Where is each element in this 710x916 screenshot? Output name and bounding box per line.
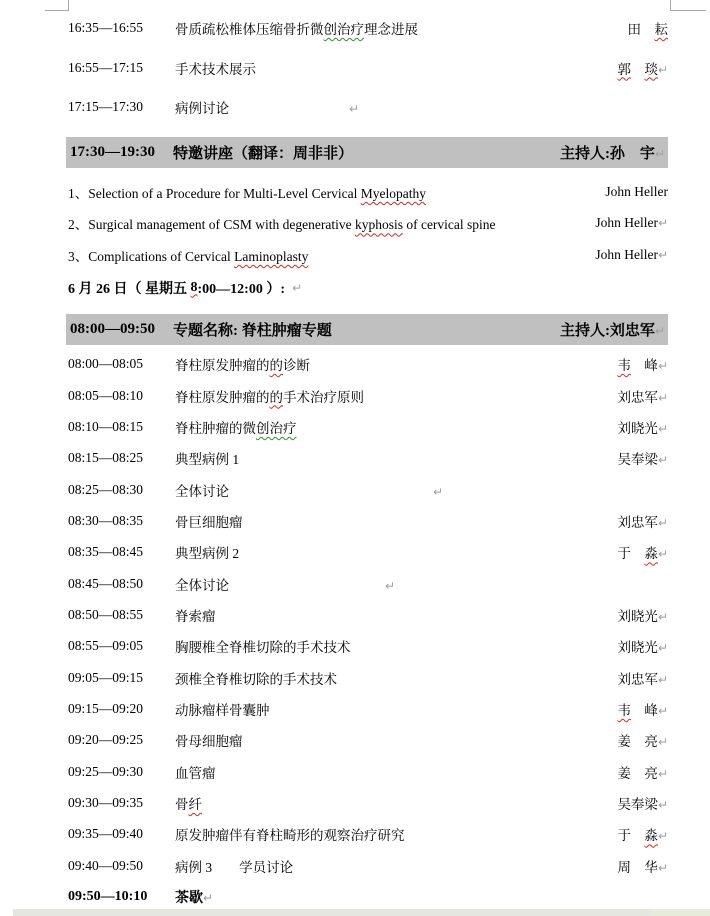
text-segment: 茶歇 [175,891,203,906]
session-title: 胸腰椎全脊椎切除的手术技术 [175,636,617,656]
text-segment: 脊柱原发肿瘤的 [175,390,270,405]
band-time-range: 17:30—19:30 [70,144,155,161]
text-segment: 骨质疏松椎体压缩骨折微 [175,22,324,37]
next-section-band-edge [13,909,710,916]
schedule-section: 08:00—08:05脊柱原发肿瘤的的诊断韦 峰↵08:05—08:10脊柱原发… [68,349,668,913]
session-title: 脊柱原发肿瘤的的诊断 [175,354,617,374]
schedule-section: 1、Selection of a Procedure for Multi-Lev… [68,176,668,271]
text-segment: 3、Complications of Cervical [68,249,234,264]
paragraph-mark-icon: ↵ [292,281,302,295]
text-segment: 琰 [644,62,658,77]
speaker-name: 韦 峰↵ [617,699,668,719]
text-segment: 理念进展 [364,22,418,37]
schedule-row[interactable]: 08:35—08:45典型病例 2于 淼↵ [68,537,668,568]
text-segment: 血管瘤 [175,766,216,781]
text-segment: 2、Surgical management of CSM with degene… [68,217,355,232]
text-segment: 姜 亮 [617,766,658,781]
session-title: 典型病例 2 [175,542,617,562]
paragraph-mark-icon: ↵ [658,453,668,467]
text-segment: 脊索瘤 [175,609,216,624]
next-section-band-edge [650,909,710,916]
paragraph-mark-icon: ↵ [658,248,668,262]
schedule-row[interactable]: 08:50—08:55脊索瘤刘晓光↵ [68,599,668,630]
session-title: 病例讨论 ↵ [175,97,668,117]
session-title: 全体讨论 ↵ [175,480,668,500]
document-content: 16:35—16:55骨质疏松椎体压缩骨折微创治疗理念进展田 耘16:55—17… [68,0,668,913]
text-segment [631,62,645,77]
session-title: 全体讨论 ↵ [175,574,668,594]
text-segment: 纤 [189,797,203,812]
session-title: 典型病例 1 [175,448,617,468]
time-range: 08:30—08:35 [68,513,175,529]
schedule-row[interactable]: 08:45—08:50全体讨论 ↵ [68,568,668,599]
session-title: 骨母细胞瘤 [175,730,617,750]
schedule-row[interactable]: 09:30—09:35骨纤吴奉梁↵ [68,787,668,818]
band-chair-name: 主持人:刘忠军↵ [560,319,665,340]
session-title: 脊柱肿瘤的微创治疗 [175,417,617,437]
session-title: 血管瘤 [175,762,617,782]
time-range: 09:30—09:35 [68,795,175,811]
paragraph-mark-icon: ↵ [658,735,668,749]
text-segment: 韦 [617,703,631,718]
time-range: 08:00—08:05 [68,356,175,372]
text-segment: 脊柱肿瘤的微 [175,421,256,436]
text-segment: kyphosis [355,217,403,232]
session-title: 颈椎全脊椎切除的手术技术 [175,668,617,688]
crop-mark-top-right-icon [670,10,706,11]
paragraph-mark-icon: ↵ [658,422,668,436]
text-segment: 诊断 [283,358,310,373]
crop-mark-top-right-icon [670,0,671,10]
text-segment: 脊柱原发肿瘤的 [175,358,270,373]
speaker-name: 田 耘 [628,18,669,38]
schedule-row[interactable]: 09:40—09:50病例 3 学员讨论周 华↵ [68,850,668,881]
text-segment: 原发肿瘤伴有脊柱畸形的观察治疗研究 [175,828,405,843]
speaker-name: 姜 亮↵ [617,730,668,750]
session-title: 病例 3 学员讨论 [175,856,617,876]
session-title: 骨纤 [175,793,617,813]
time-range: 08:35—08:45 [68,544,175,560]
paragraph-mark-icon: ↵ [658,861,668,875]
paragraph-mark-icon: ↵ [658,673,668,687]
text-segment: 于 [617,828,644,843]
paragraph-mark-icon: ↵ [658,610,668,624]
paragraph-mark-icon: ↵ [658,63,668,77]
paragraph-mark-icon: ↵ [203,891,213,905]
schedule-row[interactable]: 08:10—08:15脊柱肿瘤的微创治疗刘晓光↵ [68,411,668,442]
time-range: 08:05—08:10 [68,388,175,404]
schedule-row[interactable]: 09:15—09:20动脉瘤样骨囊肿韦 峰↵ [68,693,668,724]
paragraph-mark-icon: ↵ [655,324,665,338]
time-range: 09:50—10:10 [68,889,175,905]
text-segment: :00—12:00 ）: [198,278,293,298]
word-page[interactable]: 16:35—16:55骨质疏松椎体压缩骨折微创治疗理念进展田 耘16:55—17… [0,0,710,916]
text-segment: 耘 [655,22,669,37]
session-title: 骨巨细胞瘤 [175,511,617,531]
schedule-row[interactable]: 09:05—09:15颈椎全脊椎切除的手术技术刘忠军↵ [68,662,668,693]
text-segment: of cervical spine [403,217,496,232]
speaker-name: 周 华↵ [617,856,668,876]
band-time-range: 08:00—09:50 [70,321,155,338]
date-heading[interactable]: 6 月 26 日（ 星期五 8:00—12:00 ）: ↵ [68,273,668,303]
session-header-band[interactable]: 08:00—09:50专题名称: 脊柱肿瘤专题主持人:刘忠军↵ [66,314,668,345]
text-segment: 淼 [644,546,658,561]
session-title: 骨质疏松椎体压缩骨折微创治疗理念进展 [175,18,628,38]
speaker-name: 韦 峰↵ [617,354,668,374]
schedule-row[interactable]: 1、Selection of a Procedure for Multi-Lev… [68,176,668,208]
speaker-name: 刘晓光↵ [617,636,668,656]
paragraph-mark-icon: ↵ [229,579,395,593]
schedule-row[interactable]: 08:15—08:25典型病例 1吴奉梁↵ [68,443,668,474]
text-segment: 姜 亮 [617,734,658,749]
text-segment: 的 [270,390,284,405]
paragraph-mark-icon: ↵ [658,359,668,373]
time-range: 08:55—09:05 [68,638,175,654]
speaker-name: 刘忠军↵ [617,386,668,406]
band-session-title: 专题名称: 脊柱肿瘤专题 [173,319,332,340]
speaker-name: 刘忠军↵ [617,668,668,688]
paragraph-mark-icon: ↵ [658,547,668,561]
text-segment: 典型病例 2 [175,546,239,561]
text-segment: 病例 3 学员讨论 [175,860,293,875]
time-range: 16:55—17:15 [68,60,175,76]
paragraph-mark-icon: ↵ [229,102,359,116]
text-segment: John Heller [605,184,668,199]
schedule-row[interactable]: 08:00—08:05脊柱原发肿瘤的的诊断韦 峰↵ [68,349,668,380]
paragraph-mark-icon: ↵ [658,798,668,812]
paragraph-mark-icon: ↵ [658,216,668,230]
speaker-name: 吴奉梁↵ [617,448,668,468]
time-range: 09:05—09:15 [68,670,175,686]
schedule-row[interactable]: 08:55—09:05胸腰椎全脊椎切除的手术技术刘晓光↵ [68,631,668,662]
text-segment: 全体讨论 [175,578,229,593]
text-segment: 病例讨论 [175,101,229,116]
paragraph-mark-icon: ↵ [655,147,665,161]
time-range: 08:10—08:15 [68,419,175,435]
text-segment: 颈椎全脊椎切除的手术技术 [175,672,337,687]
text-segment: 刘晓光 [617,421,658,436]
schedule-row[interactable]: 09:35—09:40原发肿瘤伴有脊柱畸形的观察治疗研究于 淼↵ [68,819,668,850]
text-segment: 的 [270,358,284,373]
text-segment: 动脉瘤样骨囊肿 [175,703,270,718]
session-title: 3、Complications of Cervical Laminoplasty [68,245,595,265]
paragraph-mark-icon: ↵ [658,641,668,655]
text-segment: 1、Selection of a Procedure for Multi-Lev… [68,186,361,201]
time-range: 16:35—16:55 [68,20,175,36]
text-segment: 刘晓光 [617,640,658,655]
schedule-row[interactable]: 17:15—17:30病例讨论 ↵ [68,87,668,127]
text-segment: 淼 [644,828,658,843]
speaker-name: 于 淼↵ [617,824,668,844]
band-session-title: 特邀讲座（翻译：周非非） [173,142,353,163]
time-range: 17:15—17:30 [68,99,175,115]
speaker-name: 刘忠军↵ [617,511,668,531]
session-title: 2、Surgical management of CSM with degene… [68,213,595,233]
text-segment: 主持人:孙 宇 [560,146,655,162]
text-segment: 骨巨细胞瘤 [175,515,243,530]
text-segment: 刘晓光 [617,609,658,624]
time-range: 09:35—09:40 [68,826,175,842]
schedule-row[interactable]: 3、Complications of Cervical Laminoplasty… [68,239,668,271]
text-segment: 胸腰椎全脊椎切除的手术技术 [175,640,351,655]
speaker-name: John Heller [605,184,668,200]
schedule-row[interactable]: 08:05—08:10脊柱原发肿瘤的的手术治疗原则刘忠军↵ [68,380,668,411]
text-segment: 6 月 26 日（ 星期五 [68,278,191,298]
text-segment: John Heller [595,215,658,230]
session-title: 茶歇↵ [175,887,668,907]
session-title: 1、Selection of a Procedure for Multi-Lev… [68,182,605,202]
schedule-row[interactable]: 16:55—17:15手术技术展示郭 琰↵ [68,48,668,88]
text-segment: 郭 [617,62,631,77]
speaker-name: 郭 琰↵ [617,58,668,78]
session-title: 脊柱原发肿瘤的的手术治疗原则 [175,386,617,406]
crop-mark-top-left-icon [45,10,69,11]
text-segment: 刘忠军 [617,672,658,687]
time-range: 08:50—08:55 [68,607,175,623]
text-segment: 典型病例 1 [175,452,239,467]
session-title: 脊索瘤 [175,605,617,625]
text-segment: 峰 [631,358,658,373]
session-title: 原发肿瘤伴有脊柱畸形的观察治疗研究 [175,824,617,844]
paragraph-mark-icon: ↵ [658,767,668,781]
schedule-row[interactable]: 2、Surgical management of CSM with degene… [68,208,668,240]
speaker-name: 刘晓光↵ [617,417,668,437]
schedule-row[interactable]: 09:20—09:25骨母细胞瘤姜 亮↵ [68,725,668,756]
text-segment: 周 华 [617,860,658,875]
paragraph-mark-icon: ↵ [658,391,668,405]
speaker-name: John Heller↵ [595,215,668,231]
text-segment: John Heller [595,247,658,262]
time-range: 09:20—09:25 [68,732,175,748]
speaker-name: John Heller↵ [595,247,668,263]
time-range: 08:15—08:25 [68,450,175,466]
text-segment: 全体讨论 [175,484,229,499]
speaker-name: 于 淼↵ [617,542,668,562]
text-segment: Laminoplasty [234,249,308,264]
text-segment: 刘忠军 [617,515,658,530]
schedule-row[interactable]: 09:25—09:30血管瘤姜 亮↵ [68,756,668,787]
text-segment: 吴奉梁 [617,452,658,467]
paragraph-mark-icon: ↵ [658,516,668,530]
session-title: 手术技术展示 [175,58,617,78]
time-range: 09:15—09:20 [68,701,175,717]
text-segment: 8 [191,280,198,296]
schedule-row[interactable]: 16:35—16:55骨质疏松椎体压缩骨折微创治疗理念进展田 耘 [68,8,668,48]
paragraph-mark-icon: ↵ [658,704,668,718]
text-segment: Myelopathy [361,186,426,201]
speaker-name: 吴奉梁↵ [617,793,668,813]
text-segment: 刘忠军 [617,390,658,405]
time-range: 09:25—09:30 [68,764,175,780]
text-segment: 吴奉梁 [617,797,658,812]
schedule-section: 16:35—16:55骨质疏松椎体压缩骨折微创治疗理念进展田 耘16:55—17… [68,0,668,127]
text-segment: 手术治疗原则 [283,390,364,405]
text-segment: 田 [628,22,655,37]
text-segment: 于 [617,546,644,561]
speaker-name: 刘晓光↵ [617,605,668,625]
text-segment: 韦 [617,358,631,373]
text-segment: 手术技术展示 [175,62,256,77]
text-segment: 主持人:刘忠军 [560,323,655,339]
time-range: 08:25—08:30 [68,482,175,498]
paragraph-mark-icon: ↵ [229,485,443,499]
text-segment: 峰 [631,703,658,718]
text-segment: 创治疗 [256,421,297,436]
schedule-row[interactable]: 08:25—08:30全体讨论 ↵ [68,474,668,505]
text-segment: 创治疗 [324,22,365,37]
text-segment: 骨母细胞瘤 [175,734,243,749]
time-range: 08:45—08:50 [68,576,175,592]
schedule-row[interactable]: 08:30—08:35骨巨细胞瘤刘忠军↵ [68,505,668,536]
speaker-name: 姜 亮↵ [617,762,668,782]
session-title: 动脉瘤样骨囊肿 [175,699,617,719]
time-range: 09:40—09:50 [68,858,175,874]
session-header-band[interactable]: 17:30—19:30特邀讲座（翻译：周非非）主持人:孙 宇↵ [66,137,668,168]
paragraph-mark-icon: ↵ [658,829,668,843]
band-chair-name: 主持人:孙 宇↵ [560,142,665,163]
text-segment: 骨 [175,797,189,812]
